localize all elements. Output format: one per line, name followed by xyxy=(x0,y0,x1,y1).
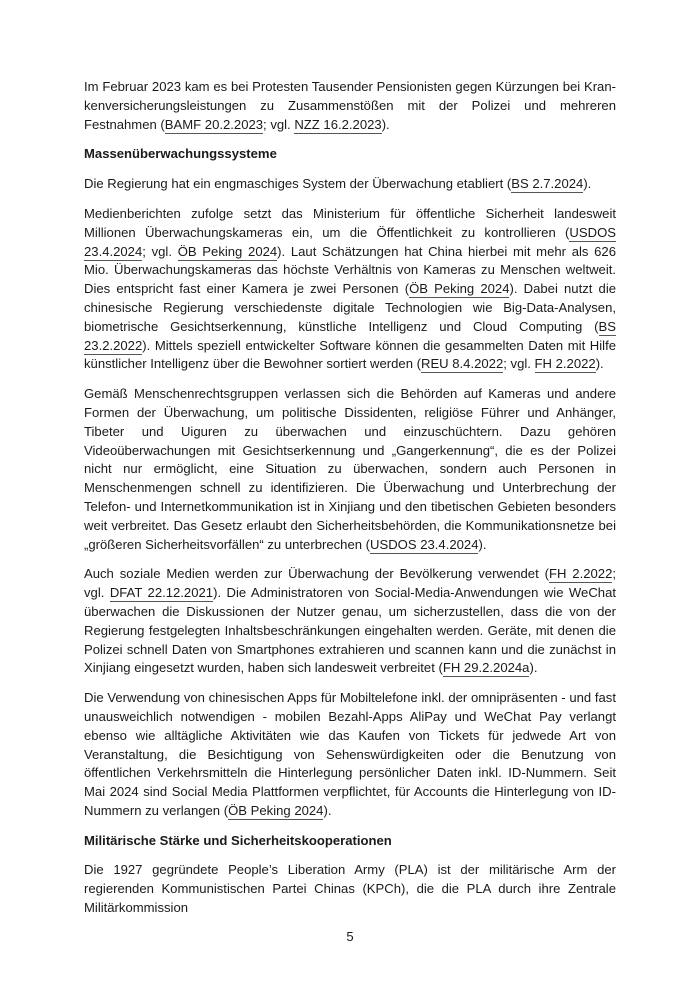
document-page: Im Februar 2023 kam es bei Protesten Tau… xyxy=(84,78,616,929)
citation-link[interactable]: BAMF 20.2.2023 xyxy=(165,117,263,134)
citation-link[interactable]: ÖB Peking 2024 xyxy=(409,281,509,298)
citation-link[interactable]: ÖB Peking 2024 xyxy=(178,244,277,261)
page-number: 5 xyxy=(0,929,700,944)
citation-link[interactable]: FH 29.2.2024a xyxy=(443,660,530,677)
citation-link[interactable]: DFAT 22.12.2021 xyxy=(110,585,213,602)
citation-link[interactable]: FH 2.2022 xyxy=(549,566,612,583)
paragraph-text: Gemäß Menschenrechtsgruppen verlassen si… xyxy=(84,386,616,551)
paragraph-text: Die 1927 gegründete People’s Liberation … xyxy=(84,862,616,915)
paragraph-text: Die Verwendung von chinesischen Apps für… xyxy=(84,690,616,818)
paragraph-text: Die Regierung hat ein engmaschiges Syste… xyxy=(84,176,511,191)
body-paragraph: Die Regierung hat ein engmaschiges Syste… xyxy=(84,175,616,194)
paragraph-text: ). xyxy=(382,117,390,132)
paragraph-text: ; vgl. xyxy=(142,244,177,259)
section-heading: Militärische Stärke und Sicherheitskoope… xyxy=(84,832,616,851)
citation-link[interactable]: NZZ 16.2.2023 xyxy=(294,117,381,134)
body-paragraph: Im Februar 2023 kam es bei Protesten Tau… xyxy=(84,78,616,134)
paragraph-text: Auch soziale Medien werden zur Überwachu… xyxy=(84,566,549,581)
paragraph-text: ). xyxy=(323,803,331,818)
body-paragraph: Die 1927 gegründete People’s Liberation … xyxy=(84,861,616,917)
paragraph-text: ). xyxy=(478,537,486,552)
body-paragraph: Auch soziale Medien werden zur Überwachu… xyxy=(84,565,616,678)
paragraph-text: ; vgl. xyxy=(263,117,294,132)
citation-link[interactable]: FH 2.2022 xyxy=(535,356,596,373)
paragraph-text: ). xyxy=(583,176,591,191)
body-paragraph: Die Verwendung von chinesischen Apps für… xyxy=(84,689,616,821)
paragraph-text: ). xyxy=(529,660,537,675)
citation-link[interactable]: REU 8.4.2022 xyxy=(421,356,503,373)
body-paragraph: Medienberichten zufolge setzt das Minist… xyxy=(84,205,616,374)
paragraph-text: Medienberichten zufolge setzt das Minist… xyxy=(84,206,616,240)
paragraph-text: ; vgl. xyxy=(503,356,534,371)
citation-link[interactable]: BS 2.7.2024 xyxy=(511,176,583,193)
citation-link[interactable]: ÖB Peking 2024 xyxy=(228,803,323,820)
section-heading: Massenüberwachungssysteme xyxy=(84,145,616,164)
body-paragraph: Gemäß Menschenrechtsgruppen verlassen si… xyxy=(84,385,616,554)
citation-link[interactable]: USDOS 23.4.2024 xyxy=(370,537,478,554)
paragraph-text: ). xyxy=(596,356,604,371)
